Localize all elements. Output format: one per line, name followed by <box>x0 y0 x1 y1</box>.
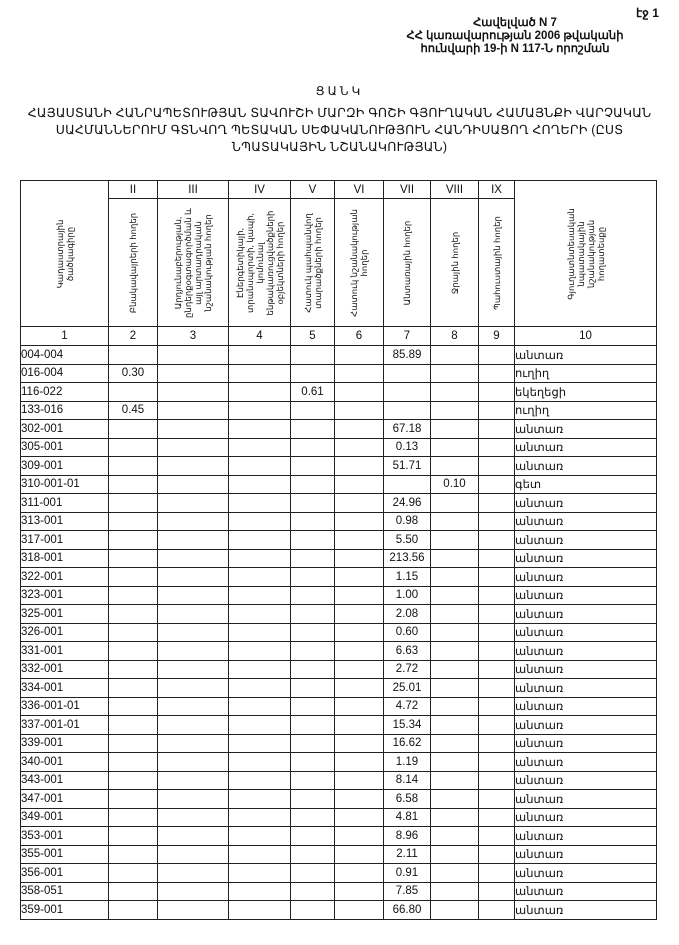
cadastral-code-cell: 337-001-01 <box>21 716 109 735</box>
forest-land-cell: 0.98 <box>384 512 431 531</box>
industrial-land-cell <box>158 716 229 735</box>
table-row: 356-0010.91անտառ <box>21 864 657 883</box>
land-use-type-cell: գետ <box>515 475 657 494</box>
industrial-land-cell <box>158 494 229 513</box>
energy-transport-land-cell <box>229 531 291 550</box>
land-use-type-cell: ուղիղ <box>515 364 657 383</box>
industrial-land-cell <box>158 790 229 809</box>
protected-area-land-cell <box>291 531 335 550</box>
table-row: 334-00125.01անտառ <box>21 679 657 698</box>
cadastral-code-cell: 116-022 <box>21 383 109 402</box>
water-land-cell <box>431 845 479 864</box>
land-use-type-cell: անտառ <box>515 660 657 679</box>
column-header-10: Գյուղատնտեսական նպատակային նշանակության … <box>515 181 657 327</box>
column-header-4: Էներգետիկայի, տրանսպորտի, կապի, կոմունալ… <box>229 199 291 327</box>
special-purpose-land-cell <box>335 882 384 901</box>
reserve-land-cell <box>479 586 515 605</box>
roman-header-4: IV <box>229 181 291 199</box>
special-purpose-land-cell <box>335 568 384 587</box>
cadastral-code-cell: 334-001 <box>21 679 109 698</box>
protected-area-land-cell <box>291 827 335 846</box>
industrial-land-cell <box>158 364 229 383</box>
industrial-land-cell <box>158 697 229 716</box>
forest-land-cell: 66.80 <box>384 901 431 920</box>
land-use-type-cell: անտառ <box>515 438 657 457</box>
cadastral-code-cell: 309-001 <box>21 457 109 476</box>
special-purpose-land-cell <box>335 697 384 716</box>
cadastral-code-cell: 310-001-01 <box>21 475 109 494</box>
cadastral-code-cell: 353-001 <box>21 827 109 846</box>
roman-header-row: Կադաստրային ծածկագիրը II III IV V VI VII… <box>21 181 657 199</box>
industrial-land-cell <box>158 512 229 531</box>
table-row: 355-0012.11անտառ <box>21 845 657 864</box>
industrial-land-cell <box>158 679 229 698</box>
settlement-land-cell <box>109 383 158 402</box>
reserve-land-cell <box>479 549 515 568</box>
column-header-3: Արդյունաբերության, ընդերքօգտագործման և ա… <box>158 199 229 327</box>
special-purpose-land-cell <box>335 586 384 605</box>
special-purpose-land-cell <box>335 364 384 383</box>
special-purpose-land-cell <box>335 679 384 698</box>
land-use-type-cell: անտառ <box>515 586 657 605</box>
cadastral-code-cell: 336-001-01 <box>21 697 109 716</box>
land-use-type-cell: անտառ <box>515 457 657 476</box>
forest-land-cell: 4.72 <box>384 697 431 716</box>
industrial-land-cell <box>158 827 229 846</box>
industrial-land-cell <box>158 531 229 550</box>
industrial-land-cell <box>158 438 229 457</box>
reserve-land-cell <box>479 383 515 402</box>
industrial-land-cell <box>158 882 229 901</box>
cadastral-code-cell: 358-051 <box>21 882 109 901</box>
settlement-land-cell <box>109 568 158 587</box>
column-number-5: 5 <box>291 327 335 346</box>
protected-area-land-cell <box>291 475 335 494</box>
settlement-land-cell <box>109 642 158 661</box>
energy-transport-land-cell <box>229 642 291 661</box>
table-row: 310-001-010.10գետ <box>21 475 657 494</box>
protected-area-land-cell <box>291 346 335 365</box>
energy-transport-land-cell <box>229 475 291 494</box>
settlement-land-cell <box>109 827 158 846</box>
water-land-cell <box>431 827 479 846</box>
settlement-land-cell <box>109 734 158 753</box>
protected-area-land-cell <box>291 438 335 457</box>
industrial-land-cell <box>158 401 229 420</box>
table-row: 339-00116.62անտառ <box>21 734 657 753</box>
reserve-land-cell <box>479 771 515 790</box>
protected-area-land-cell <box>291 845 335 864</box>
special-purpose-land-cell <box>335 623 384 642</box>
column-number-6: 6 <box>335 327 384 346</box>
roman-header-9: IX <box>479 181 515 199</box>
protected-area-land-cell <box>291 586 335 605</box>
reserve-land-cell <box>479 346 515 365</box>
table-row: 317-0015.50անտառ <box>21 531 657 550</box>
water-land-cell <box>431 697 479 716</box>
table-row: 305-0010.13անտառ <box>21 438 657 457</box>
reserve-land-cell <box>479 845 515 864</box>
settlement-land-cell <box>109 660 158 679</box>
cadastral-code-cell: 347-001 <box>21 790 109 809</box>
land-use-type-cell: եկեղեցի <box>515 383 657 402</box>
energy-transport-land-cell <box>229 494 291 513</box>
industrial-land-cell <box>158 475 229 494</box>
forest-land-cell <box>384 383 431 402</box>
column-number-10: 10 <box>515 327 657 346</box>
reserve-land-cell <box>479 401 515 420</box>
reserve-land-cell <box>479 475 515 494</box>
protected-area-land-cell <box>291 512 335 531</box>
special-purpose-land-cell <box>335 475 384 494</box>
column-header-5: Հատուկ պահպանվող տարածքների հողեր <box>291 199 335 327</box>
water-land-cell <box>431 438 479 457</box>
energy-transport-land-cell <box>229 734 291 753</box>
energy-transport-land-cell <box>229 549 291 568</box>
protected-area-land-cell <box>291 808 335 827</box>
table-row: 349-0014.81անտառ <box>21 808 657 827</box>
forest-land-cell: 8.14 <box>384 771 431 790</box>
protected-area-land-cell <box>291 401 335 420</box>
special-purpose-land-cell <box>335 346 384 365</box>
column-number-4: 4 <box>229 327 291 346</box>
table-row: 331-0016.63անտառ <box>21 642 657 661</box>
table-row: 359-00166.80անտառ <box>21 901 657 920</box>
settlement-land-cell <box>109 790 158 809</box>
table-row: 347-0016.58անտառ <box>21 790 657 809</box>
column-header-7: Անտառային հողեր <box>384 199 431 327</box>
energy-transport-land-cell <box>229 882 291 901</box>
settlement-land-cell: 0.45 <box>109 401 158 420</box>
special-purpose-land-cell <box>335 734 384 753</box>
table-body: 004-00485.89անտառ016-0040.30ուղիղ116-022… <box>21 346 657 920</box>
energy-transport-land-cell <box>229 623 291 642</box>
land-use-type-cell: անտառ <box>515 882 657 901</box>
document-subtitle: ՀԱՅԱՍՏԱՆԻ ՀԱՆՐԱՊԵՏՈՒԹՅԱՆ ՏԱՎՈՒՇԻ ՄԱՐԶԻ Գ… <box>12 105 667 156</box>
industrial-land-cell <box>158 642 229 661</box>
column-number-1: 1 <box>21 327 109 346</box>
special-purpose-land-cell <box>335 494 384 513</box>
reserve-land-cell <box>479 716 515 735</box>
land-use-type-cell: անտառ <box>515 827 657 846</box>
reserve-land-cell <box>479 679 515 698</box>
reserve-land-cell <box>479 827 515 846</box>
protected-area-land-cell <box>291 642 335 661</box>
water-land-cell <box>431 383 479 402</box>
protected-area-land-cell <box>291 864 335 883</box>
forest-land-cell: 51.71 <box>384 457 431 476</box>
water-land-cell <box>431 420 479 439</box>
column-number-9: 9 <box>479 327 515 346</box>
water-land-cell <box>431 568 479 587</box>
industrial-land-cell <box>158 660 229 679</box>
table-row: 340-0011.19անտառ <box>21 753 657 772</box>
land-list-table: Կադաստրային ծածկագիրը II III IV V VI VII… <box>20 180 657 920</box>
reserve-land-cell <box>479 901 515 920</box>
protected-area-land-cell <box>291 753 335 772</box>
table-row: 116-0220.61եկեղեցի <box>21 383 657 402</box>
land-use-type-cell: անտառ <box>515 734 657 753</box>
reserve-land-cell <box>479 660 515 679</box>
special-purpose-land-cell <box>335 901 384 920</box>
energy-transport-land-cell <box>229 568 291 587</box>
reserve-land-cell <box>479 808 515 827</box>
settlement-land-cell <box>109 586 158 605</box>
protected-area-land-cell <box>291 771 335 790</box>
land-use-type-cell: անտառ <box>515 420 657 439</box>
land-use-type-cell: անտառ <box>515 790 657 809</box>
table-row: 313-0010.98անտառ <box>21 512 657 531</box>
forest-land-cell: 0.91 <box>384 864 431 883</box>
forest-land-cell: 6.63 <box>384 642 431 661</box>
protected-area-land-cell <box>291 660 335 679</box>
special-purpose-land-cell <box>335 790 384 809</box>
protected-area-land-cell <box>291 605 335 624</box>
energy-transport-land-cell <box>229 697 291 716</box>
settlement-land-cell <box>109 882 158 901</box>
forest-land-cell: 15.34 <box>384 716 431 735</box>
forest-land-cell: 1.19 <box>384 753 431 772</box>
roman-header-6: VI <box>335 181 384 199</box>
settlement-land-cell: 0.30 <box>109 364 158 383</box>
special-purpose-land-cell <box>335 457 384 476</box>
settlement-land-cell <box>109 864 158 883</box>
forest-land-cell: 85.89 <box>384 346 431 365</box>
water-land-cell <box>431 790 479 809</box>
column-header-2: Բնակավայրերի հողեր <box>109 199 158 327</box>
special-purpose-land-cell <box>335 383 384 402</box>
settlement-land-cell <box>109 605 158 624</box>
reserve-land-cell <box>479 697 515 716</box>
annex-line-2: ՀՀ կառավարության 2006 թվականի <box>380 30 650 43</box>
reserve-land-cell <box>479 790 515 809</box>
cadastral-code-cell: 356-001 <box>21 864 109 883</box>
land-use-type-cell: անտառ <box>515 605 657 624</box>
settlement-land-cell <box>109 901 158 920</box>
special-purpose-land-cell <box>335 420 384 439</box>
industrial-land-cell <box>158 420 229 439</box>
cadastral-code-cell: 326-001 <box>21 623 109 642</box>
reserve-land-cell <box>479 512 515 531</box>
forest-land-cell: 2.72 <box>384 660 431 679</box>
water-land-cell <box>431 494 479 513</box>
reserve-land-cell <box>479 364 515 383</box>
water-land-cell <box>431 605 479 624</box>
forest-land-cell: 0.60 <box>384 623 431 642</box>
special-purpose-land-cell <box>335 864 384 883</box>
table-row: 353-0018.96անտառ <box>21 827 657 846</box>
protected-area-land-cell <box>291 549 335 568</box>
land-use-type-cell: անտառ <box>515 808 657 827</box>
water-land-cell <box>431 660 479 679</box>
settlement-land-cell <box>109 679 158 698</box>
settlement-land-cell <box>109 549 158 568</box>
industrial-land-cell <box>158 457 229 476</box>
table-row: 133-0160.45ուղիղ <box>21 401 657 420</box>
water-land-cell <box>431 864 479 883</box>
cadastral-code-cell: 323-001 <box>21 586 109 605</box>
cadastral-code-cell: 349-001 <box>21 808 109 827</box>
roman-header-7: VII <box>384 181 431 199</box>
settlement-land-cell <box>109 512 158 531</box>
cadastral-code-cell: 313-001 <box>21 512 109 531</box>
energy-transport-land-cell <box>229 716 291 735</box>
industrial-land-cell <box>158 845 229 864</box>
energy-transport-land-cell <box>229 864 291 883</box>
land-use-type-cell: անտառ <box>515 623 657 642</box>
industrial-land-cell <box>158 771 229 790</box>
reserve-land-cell <box>479 864 515 883</box>
forest-land-cell: 213.56 <box>384 549 431 568</box>
cadastral-code-cell: 004-004 <box>21 346 109 365</box>
cadastral-code-cell: 133-016 <box>21 401 109 420</box>
cadastral-code-cell: 016-004 <box>21 364 109 383</box>
industrial-land-cell <box>158 586 229 605</box>
special-purpose-land-cell <box>335 771 384 790</box>
protected-area-land-cell <box>291 901 335 920</box>
water-land-cell <box>431 346 479 365</box>
forest-land-cell: 5.50 <box>384 531 431 550</box>
reserve-land-cell <box>479 882 515 901</box>
settlement-land-cell <box>109 420 158 439</box>
settlement-land-cell <box>109 494 158 513</box>
roman-header-3: III <box>158 181 229 199</box>
special-purpose-land-cell <box>335 845 384 864</box>
column-header-9: Պահուստային հողեր <box>479 199 515 327</box>
protected-area-land-cell <box>291 679 335 698</box>
forest-land-cell: 0.13 <box>384 438 431 457</box>
energy-transport-land-cell <box>229 457 291 476</box>
land-use-type-cell: անտառ <box>515 568 657 587</box>
industrial-land-cell <box>158 623 229 642</box>
special-purpose-land-cell <box>335 660 384 679</box>
table-row: 004-00485.89անտառ <box>21 346 657 365</box>
land-use-type-cell: անտառ <box>515 642 657 661</box>
column-header-1: Կադաստրային ծածկագիրը <box>21 181 109 327</box>
table-row: 326-0010.60անտառ <box>21 623 657 642</box>
land-use-type-cell: անտառ <box>515 531 657 550</box>
table-row: 322-0011.15անտառ <box>21 568 657 587</box>
water-land-cell <box>431 512 479 531</box>
forest-land-cell <box>384 401 431 420</box>
water-land-cell <box>431 364 479 383</box>
reserve-land-cell <box>479 605 515 624</box>
column-header-6: Հատուկ նշանակության հողեր <box>335 199 384 327</box>
column-number-7: 7 <box>384 327 431 346</box>
reserve-land-cell <box>479 438 515 457</box>
water-land-cell <box>431 642 479 661</box>
column-number-8: 8 <box>431 327 479 346</box>
land-use-type-cell: անտառ <box>515 697 657 716</box>
table-row: 311-00124.96անտառ <box>21 494 657 513</box>
protected-area-land-cell <box>291 716 335 735</box>
cadastral-code-cell: 311-001 <box>21 494 109 513</box>
cadastral-code-cell: 305-001 <box>21 438 109 457</box>
water-land-cell <box>431 531 479 550</box>
protected-area-land-cell: 0.61 <box>291 383 335 402</box>
industrial-land-cell <box>158 568 229 587</box>
energy-transport-land-cell <box>229 586 291 605</box>
table-row: 323-0011.00անտառ <box>21 586 657 605</box>
industrial-land-cell <box>158 753 229 772</box>
land-use-type-cell: անտառ <box>515 494 657 513</box>
forest-land-cell <box>384 475 431 494</box>
special-purpose-land-cell <box>335 716 384 735</box>
water-land-cell <box>431 901 479 920</box>
energy-transport-land-cell <box>229 845 291 864</box>
cadastral-code-cell: 325-001 <box>21 605 109 624</box>
land-use-type-cell: անտառ <box>515 346 657 365</box>
special-purpose-land-cell <box>335 438 384 457</box>
forest-land-cell: 67.18 <box>384 420 431 439</box>
land-use-type-cell: անտառ <box>515 901 657 920</box>
table-row: 358-0517.85անտառ <box>21 882 657 901</box>
cadastral-code-cell: 302-001 <box>21 420 109 439</box>
water-land-cell <box>431 401 479 420</box>
table-row: 302-00167.18անտառ <box>21 420 657 439</box>
forest-land-cell: 2.08 <box>384 605 431 624</box>
land-use-type-cell: անտառ <box>515 549 657 568</box>
land-use-type-cell: անտառ <box>515 771 657 790</box>
settlement-land-cell <box>109 438 158 457</box>
land-use-type-cell: անտառ <box>515 679 657 698</box>
protected-area-land-cell <box>291 697 335 716</box>
energy-transport-land-cell <box>229 364 291 383</box>
forest-land-cell: 1.15 <box>384 568 431 587</box>
water-land-cell <box>431 716 479 735</box>
special-purpose-land-cell <box>335 549 384 568</box>
special-purpose-land-cell <box>335 808 384 827</box>
settlement-land-cell <box>109 475 158 494</box>
settlement-land-cell <box>109 771 158 790</box>
reserve-land-cell <box>479 420 515 439</box>
industrial-land-cell <box>158 901 229 920</box>
industrial-land-cell <box>158 605 229 624</box>
reserve-land-cell <box>479 494 515 513</box>
protected-area-land-cell <box>291 420 335 439</box>
water-land-cell <box>431 679 479 698</box>
forest-land-cell: 16.62 <box>384 734 431 753</box>
industrial-land-cell <box>158 346 229 365</box>
water-land-cell <box>431 771 479 790</box>
protected-area-land-cell <box>291 364 335 383</box>
settlement-land-cell <box>109 697 158 716</box>
table-row: 343-0018.14անտառ <box>21 771 657 790</box>
cadastral-code-cell: 331-001 <box>21 642 109 661</box>
table-row: 016-0040.30ուղիղ <box>21 364 657 383</box>
forest-land-cell: 6.58 <box>384 790 431 809</box>
energy-transport-land-cell <box>229 605 291 624</box>
protected-area-land-cell <box>291 457 335 476</box>
table-row: 325-0012.08անտառ <box>21 605 657 624</box>
energy-transport-land-cell <box>229 790 291 809</box>
land-use-type-cell: անտառ <box>515 845 657 864</box>
settlement-land-cell <box>109 346 158 365</box>
annex-line-1: Հավելված N 7 <box>380 17 650 30</box>
energy-transport-land-cell <box>229 901 291 920</box>
reserve-land-cell <box>479 623 515 642</box>
water-land-cell <box>431 808 479 827</box>
cadastral-code-cell: 339-001 <box>21 734 109 753</box>
energy-transport-land-cell <box>229 753 291 772</box>
land-use-type-cell: ուղիղ <box>515 401 657 420</box>
protected-area-land-cell <box>291 494 335 513</box>
table-row: 332-0012.72անտառ <box>21 660 657 679</box>
cadastral-code-cell: 359-001 <box>21 901 109 920</box>
column-number-row: 1 2 3 4 5 6 7 8 9 10 <box>21 327 657 346</box>
forest-land-cell: 7.85 <box>384 882 431 901</box>
reserve-land-cell <box>479 734 515 753</box>
